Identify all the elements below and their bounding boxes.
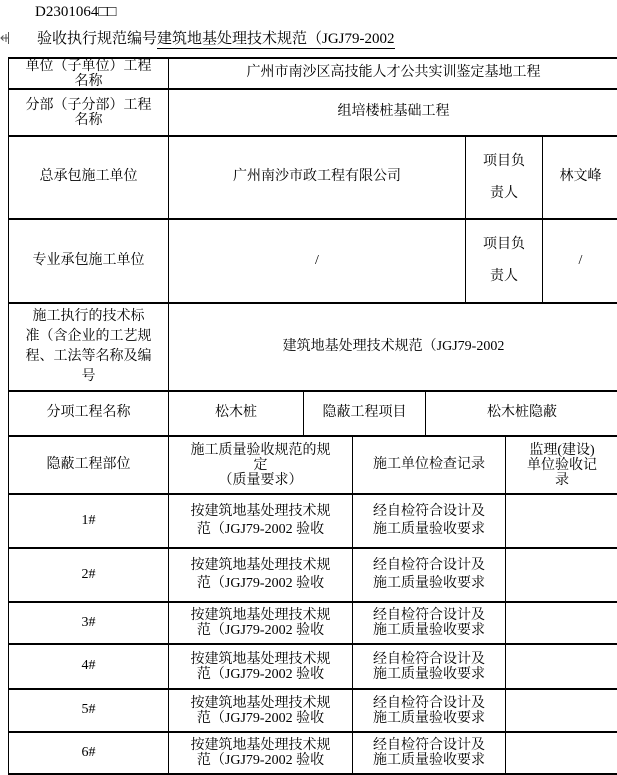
spec-cell: 按建筑地基处理技术规 范（JGJ79-2002 验收 [169, 603, 353, 645]
unit-project-label: 单位（子单位）工程 名称 [9, 59, 169, 90]
check-cell: 经自检符合设计及 施工质量验收要求 [353, 549, 506, 603]
check-cell: 经自检符合设计及 施工质量验收要求 [353, 645, 506, 690]
check-cell: 经自检符合设计及 施工质量验收要求 [353, 495, 506, 549]
part-cell: 6# [9, 733, 169, 775]
subitem-value: 松木桩 [169, 392, 304, 437]
row-specialty-contractor: 专业承包施工单位 / 项目负 责人 / [9, 220, 617, 304]
table-row: 3# 按建筑地基处理技术规 范（JGJ79-2002 验收 经自检符合设计及 施… [9, 603, 617, 645]
subdivision-project-value: 组培楼桩基础工程 [169, 90, 617, 137]
unit-project-value: 广州市南沙区高技能人才公共实训鉴定基地工程 [169, 59, 617, 90]
spec-value-underlined: 建筑地基处理技术规范（JGJ79-2002 [157, 31, 395, 49]
sc-project-manager-label: 项目负 责人 [466, 220, 543, 304]
specialty-contractor-value: / [169, 220, 466, 304]
general-contractor-value: 广州南沙市政工程有限公司 [169, 137, 466, 220]
acceptance-record-table: 单位（子单位）工程 名称 广州市南沙区高技能人才公共实训鉴定基地工程 分部（子分… [8, 57, 617, 775]
technical-standard-value: 建筑地基处理技术规范（JGJ79-2002 [169, 304, 617, 392]
spec-cell: 按建筑地基处理技术规 范（JGJ79-2002 验收 [169, 690, 353, 733]
supervision-cell [506, 733, 617, 775]
hidden-project-value: 松木桩隐蔽 [426, 392, 617, 437]
supervision-cell [506, 495, 617, 549]
sc-project-manager-value: / [543, 220, 617, 304]
spec-prefix: 验收执行规范编号 [37, 31, 157, 47]
doc-number: D2301064□□ [35, 4, 116, 21]
spec-cell: 按建筑地基处理技术规 范（JGJ79-2002 验收 [169, 495, 353, 549]
row-technical-standard: 施工执行的技术标 准（含企业的工艺规 程、工法等名称及编 号 建筑地基处理技术规… [9, 304, 617, 392]
supervision-cell [506, 549, 617, 603]
part-cell: 4# [9, 645, 169, 690]
specialty-contractor-label: 专业承包施工单位 [9, 220, 169, 304]
supervision-cell [506, 603, 617, 645]
technical-standard-label: 施工执行的技术标 准（含企业的工艺规 程、工法等名称及编 号 [9, 304, 169, 392]
table-move-handle-icon[interactable] [0, 30, 9, 46]
row-subdivision-project: 分部（子分部）工程 名称 组培楼桩基础工程 [9, 90, 617, 137]
table-row: 2# 按建筑地基处理技术规 范（JGJ79-2002 验收 经自检符合设计及 施… [9, 549, 617, 603]
subitem-label: 分项工程名称 [9, 392, 169, 437]
hidden-project-label: 隐蔽工程项目 [304, 392, 426, 437]
row-hidden-header: 隐蔽工程部位 施工质量验收规范的规 定 （质量要求） 施工单位检查记录 监理(建… [9, 437, 617, 495]
spec-cell: 按建筑地基处理技术规 范（JGJ79-2002 验收 [169, 645, 353, 690]
gc-project-manager-value: 林文峰 [543, 137, 617, 220]
table-row: 4# 按建筑地基处理技术规 范（JGJ79-2002 验收 经自检符合设计及 施… [9, 645, 617, 690]
spec-cell: 按建筑地基处理技术规 范（JGJ79-2002 验收 [169, 733, 353, 775]
supervision-cell [506, 690, 617, 733]
check-cell: 经自检符合设计及 施工质量验收要求 [353, 603, 506, 645]
table-row: 6# 按建筑地基处理技术规 范（JGJ79-2002 验收 经自检符合设计及 施… [9, 733, 617, 775]
header-contractor-check: 施工单位检查记录 [353, 437, 506, 495]
part-cell: 5# [9, 690, 169, 733]
document-page: { "page": { "doc_number": "D2301064□□", … [0, 0, 617, 775]
row-subitem: 分项工程名称 松木桩 隐蔽工程项目 松木桩隐蔽 [9, 392, 617, 437]
supervision-cell [506, 645, 617, 690]
gc-project-manager-label: 项目负 责人 [466, 137, 543, 220]
spec-reference-line: 验收执行规范编号建筑地基处理技术规范（JGJ79-2002 [37, 27, 395, 48]
check-cell: 经自检符合设计及 施工质量验收要求 [353, 690, 506, 733]
header-hidden-part: 隐蔽工程部位 [9, 437, 169, 495]
spec-cell: 按建筑地基处理技术规 范（JGJ79-2002 验收 [169, 549, 353, 603]
row-unit-project: 单位（子单位）工程 名称 广州市南沙区高技能人才公共实训鉴定基地工程 [9, 59, 617, 90]
subdivision-project-label: 分部（子分部）工程 名称 [9, 90, 169, 137]
check-cell: 经自检符合设计及 施工质量验收要求 [353, 733, 506, 775]
header-supervision-record: 监理(建设) 单位验收记 录 [506, 437, 617, 495]
header-spec-requirement: 施工质量验收规范的规 定 （质量要求） [169, 437, 353, 495]
part-cell: 3# [9, 603, 169, 645]
row-general-contractor: 总承包施工单位 广州南沙市政工程有限公司 项目负 责人 林文峰 [9, 137, 617, 220]
general-contractor-label: 总承包施工单位 [9, 137, 169, 220]
part-cell: 2# [9, 549, 169, 603]
table-row: 5# 按建筑地基处理技术规 范（JGJ79-2002 验收 经自检符合设计及 施… [9, 690, 617, 733]
table-row: 1# 按建筑地基处理技术规 范（JGJ79-2002 验收 经自检符合设计及 施… [9, 495, 617, 549]
part-cell: 1# [9, 495, 169, 549]
